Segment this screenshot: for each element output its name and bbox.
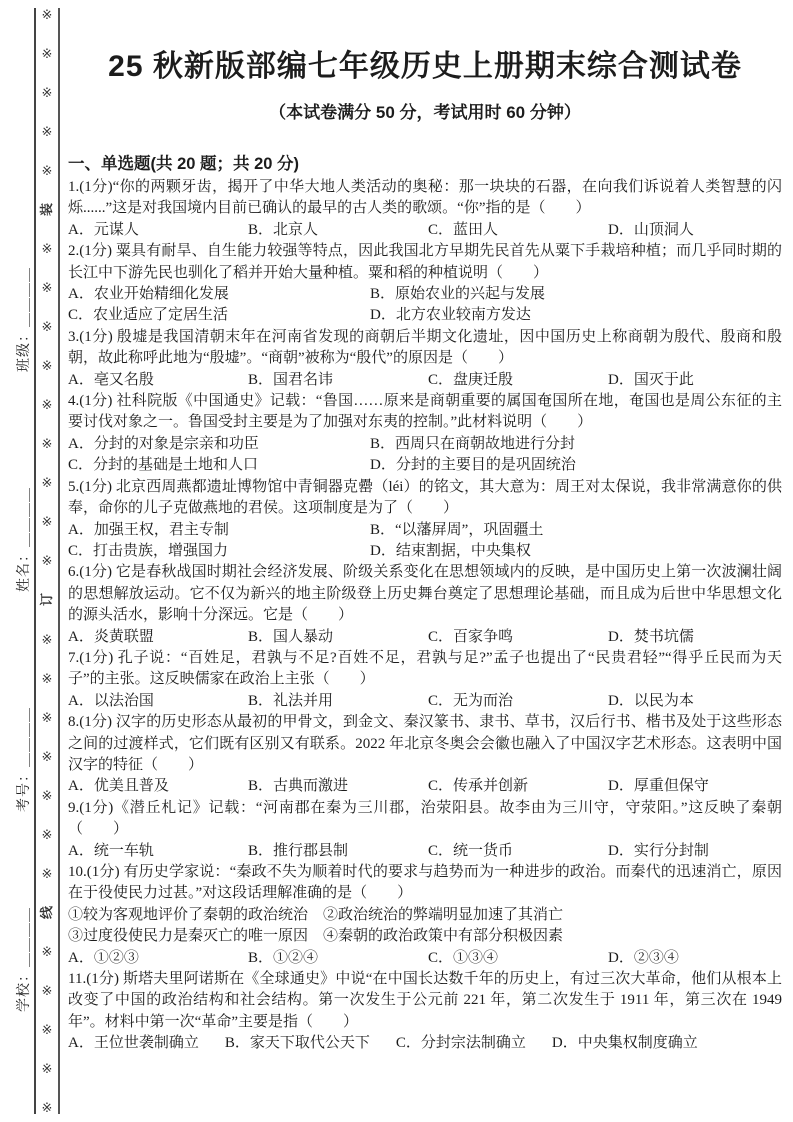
answer-option: A．王位世袭制确立 xyxy=(68,1033,199,1054)
answer-option: B．“以藩屏周”，巩固疆土 xyxy=(370,520,782,541)
exam-subtitle: （本试卷满分 50 分，考试用时 60 分钟） xyxy=(68,102,782,124)
answer-option: A．亳又名殷 xyxy=(68,370,248,391)
binding-line-char: 订 xyxy=(40,593,53,606)
binding-symbol: ※ xyxy=(42,86,53,99)
binding-symbol: ※ xyxy=(42,945,53,958)
options-row: A．农业开始精细化发展B．原始农业的兴起与发展C．农业适应了定居生活D．北方农业… xyxy=(68,284,782,327)
section-heading: 一、单选题(共 20 题；共 20 分) xyxy=(68,154,782,175)
options-row: A．王位世袭制确立B．家天下取代公天下C．分封宗法制确立D．中央集权制度确立 xyxy=(68,1033,782,1054)
answer-option: A．以法治国 xyxy=(68,691,248,712)
answer-option: A．元谋人 xyxy=(68,220,248,241)
answer-option: C．传承并创新 xyxy=(428,776,608,797)
answer-option: B．①②④ xyxy=(248,948,428,969)
binding-symbol: ※ xyxy=(42,8,53,21)
answer-option: B．西周只在商朝故地进行分封 xyxy=(370,434,782,455)
student-info-label: 学校：＿＿＿＿ xyxy=(13,907,33,1012)
binding-symbol: ※ xyxy=(42,984,53,997)
answer-option: C．无为而治 xyxy=(428,691,608,712)
question: 4.(1分) 社科院版《中国通史》记载：“鲁国……原来是商朝重要的属国奄国所在地… xyxy=(68,391,782,477)
answer-option: A．①②③ xyxy=(68,948,248,969)
question: 1.(1分)“你的两颗牙齿，揭开了中华大地人类活动的奥秘：那一块块的石器，在向我… xyxy=(68,177,782,241)
question-stem: 1.(1分)“你的两颗牙齿，揭开了中华大地人类活动的奥秘：那一块块的石器，在向我… xyxy=(68,177,782,220)
question: 10.(1分) 有历史学家说：“秦政不失为顺着时代的要求与趋势而为一种进步的政治… xyxy=(68,862,782,969)
options-row: A．元谋人B．北京人C．蓝田人D．山顶洞人 xyxy=(68,220,782,241)
answer-option: A．加强王权，君主专制 xyxy=(68,520,370,541)
binding-symbol: ※ xyxy=(42,515,53,528)
answer-option: D．北方农业较南方发达 xyxy=(370,305,782,326)
binding-symbol: ※ xyxy=(42,750,53,763)
answer-option: A．分封的对象是宗亲和功臣 xyxy=(68,434,370,455)
question-stem: 5.(1分) 北京西周燕都遗址博物馆中青铜器克罍（léi）的铭文，其大意为：周王… xyxy=(68,477,782,520)
binding-symbol: ※ xyxy=(42,789,53,802)
answer-option: B．推行郡县制 xyxy=(248,841,428,862)
binding-symbol: ※ xyxy=(42,633,53,646)
answer-option: B．北京人 xyxy=(248,220,428,241)
answer-option: B．礼法并用 xyxy=(248,691,428,712)
binding-symbol: ※ xyxy=(42,359,53,372)
question: 3.(1分) 殷墟是我国清朝末年在河南省发现的商朝后半期文化遗址，因中国历史上称… xyxy=(68,327,782,391)
question-stem: 7.(1分) 孔子说：“百姓足，君孰与不足?百姓不足，君孰与足?”孟子也提出了“… xyxy=(68,648,782,691)
binding-symbol: ※ xyxy=(42,554,53,567)
question-stem: 11.(1分) 斯塔夫里阿诺斯在《全球通史》中说“在中国长达数千年的历史上，有过… xyxy=(68,969,782,1033)
binding-symbol: ※ xyxy=(42,320,53,333)
answer-option: B．国人暴动 xyxy=(248,627,428,648)
answer-option: C．打击贵族，增强国力 xyxy=(68,541,370,562)
options-row: A．分封的对象是宗亲和功臣B．西周只在商朝故地进行分封C．分封的基础是土地和人口… xyxy=(68,434,782,477)
question: 6.(1分) 它是春秋战国时期社会经济发展、阶级关系变化在思想领域内的反映，是中… xyxy=(68,562,782,648)
question: 11.(1分) 斯塔夫里阿诺斯在《全球通史》中说“在中国长达数千年的历史上，有过… xyxy=(68,969,782,1055)
binding-symbol: ※ xyxy=(42,398,53,411)
binding-line-char: 装 xyxy=(40,203,53,216)
binding-symbol: ※ xyxy=(42,1062,53,1075)
answer-option: C．蓝田人 xyxy=(428,220,608,241)
binding-line-char: 线 xyxy=(40,906,53,919)
question-list: 1.(1分)“你的两颗牙齿，揭开了中华大地人类活动的奥秘：那一块块的石器，在向我… xyxy=(68,177,782,1055)
answer-option: D．中央集权制度确立 xyxy=(552,1033,698,1054)
options-row: A．①②③B．①②④C．①③④D．②③④ xyxy=(68,948,782,969)
options-row: A．加强王权，君主专制B．“以藩屏周”，巩固疆土C．打击贵族，增强国力D．结束割… xyxy=(68,520,782,563)
binding-symbol: ※ xyxy=(42,1023,53,1036)
question-stem: 6.(1分) 它是春秋战国时期社会经济发展、阶级关系变化在思想领域内的反映，是中… xyxy=(68,562,782,626)
options-row: A．亳又名殷B．国君名讳C．盘庚迁殷D．国灭于此 xyxy=(68,370,782,391)
answer-option: D．分封的主要目的是巩固统治 xyxy=(370,455,782,476)
answer-option: D．国灭于此 xyxy=(608,370,782,391)
binding-symbol: ※ xyxy=(42,437,53,450)
answer-option: D．结束割据，中央集权 xyxy=(370,541,782,562)
question: 9.(1分)《潜丘札记》记载：“河南郡在秦为三川郡，治荥阳县。故李由为三川守，守… xyxy=(68,798,782,862)
answer-option: A．优美且普及 xyxy=(68,776,248,797)
answer-option: D．②③④ xyxy=(608,948,782,969)
options-row: A．统一车轨B．推行郡县制C．统一货币D．实行分封制 xyxy=(68,841,782,862)
question-subline: ③过度役使民力是秦灭亡的唯一原因 ④秦朝的政治政策中有部分积极因素 xyxy=(68,926,782,947)
answer-option: B．原始农业的兴起与发展 xyxy=(370,284,782,305)
student-info-label: 班级：＿＿＿＿ xyxy=(13,267,33,372)
exam-paper-page: 班级：＿＿＿＿姓名：＿＿＿＿考号：＿＿＿＿学校：＿＿＿＿ ※※※※※装※※※※※… xyxy=(0,0,793,1122)
answer-option: C．分封的基础是土地和人口 xyxy=(68,455,370,476)
answer-option: C．盘庚迁殷 xyxy=(428,370,608,391)
student-info-margin: 班级：＿＿＿＿姓名：＿＿＿＿考号：＿＿＿＿学校：＿＿＿＿ xyxy=(0,0,34,1122)
student-info-label: 姓名：＿＿＿＿ xyxy=(13,487,33,592)
answer-option: C．统一货币 xyxy=(428,841,608,862)
main-content: 25 秋新版部编七年级历史上册期末综合测试卷 （本试卷满分 50 分，考试用时 … xyxy=(68,0,782,1055)
answer-option: C．①③④ xyxy=(428,948,608,969)
answer-option: B．国君名讳 xyxy=(248,370,428,391)
question: 8.(1分) 汉字的历史形态从最初的甲骨文，到金文、秦汉篆书、隶书、草书，汉后行… xyxy=(68,712,782,798)
binding-symbol: ※ xyxy=(42,281,53,294)
answer-option: B．家天下取代公天下 xyxy=(225,1033,370,1054)
answer-option: A．炎黄联盟 xyxy=(68,627,248,648)
binding-symbol: ※ xyxy=(42,164,53,177)
question-stem: 3.(1分) 殷墟是我国清朝末年在河南省发现的商朝后半期文化遗址，因中国历史上称… xyxy=(68,327,782,370)
answer-option: D．山顶洞人 xyxy=(608,220,782,241)
binding-symbol: ※ xyxy=(42,47,53,60)
binding-symbol: ※ xyxy=(42,867,53,880)
question: 5.(1分) 北京西周燕都遗址博物馆中青铜器克罍（léi）的铭文，其大意为：周王… xyxy=(68,477,782,563)
answer-option: D．以民为本 xyxy=(608,691,782,712)
options-row: A．炎黄联盟B．国人暴动C．百家争鸣D．焚书坑儒 xyxy=(68,627,782,648)
answer-option: B．古典而激进 xyxy=(248,776,428,797)
question-stem: 8.(1分) 汉字的历史形态从最初的甲骨文，到金文、秦汉篆书、隶书、草书，汉后行… xyxy=(68,712,782,776)
binding-symbol: ※ xyxy=(42,125,53,138)
answer-option: D．焚书坑儒 xyxy=(608,627,782,648)
answer-option: A．农业开始精细化发展 xyxy=(68,284,370,305)
options-row: A．以法治国B．礼法并用C．无为而治D．以民为本 xyxy=(68,691,782,712)
answer-option: A．统一车轨 xyxy=(68,841,248,862)
binding-symbol: ※ xyxy=(42,1101,53,1114)
question-subline: ①较为客观地评价了秦朝的政治统治 ②政治统治的弊端明显加速了其消亡 xyxy=(68,905,782,926)
question: 7.(1分) 孔子说：“百姓足，君孰与不足?百姓不足，君孰与足?”孟子也提出了“… xyxy=(68,648,782,712)
binding-symbol: ※ xyxy=(42,828,53,841)
binding-symbol: ※ xyxy=(42,242,53,255)
binding-symbol: ※ xyxy=(42,711,53,724)
answer-option: C．百家争鸣 xyxy=(428,627,608,648)
question-stem: 2.(1分) 粟具有耐旱、自生能力较强等特点，因此我国北方早期先民首先从粟下手栽… xyxy=(68,241,782,284)
answer-option: C．分封宗法制确立 xyxy=(396,1033,526,1054)
student-info-label: 考号：＿＿＿＿ xyxy=(13,707,33,812)
binding-symbol: ※ xyxy=(42,672,53,685)
options-row: A．优美且普及B．古典而激进C．传承并创新D．厚重但保守 xyxy=(68,776,782,797)
answer-option: D．实行分封制 xyxy=(608,841,782,862)
question-stem: 10.(1分) 有历史学家说：“秦政不失为顺着时代的要求与趋势而为一种进步的政治… xyxy=(68,862,782,905)
binding-symbol: ※ xyxy=(42,476,53,489)
question: 2.(1分) 粟具有耐旱、自生能力较强等特点，因此我国北方早期先民首先从粟下手栽… xyxy=(68,241,782,327)
binding-strip: ※※※※※装※※※※※※※※※订※※※※※※※线※※※※※ xyxy=(34,8,60,1114)
answer-option: D．厚重但保守 xyxy=(608,776,782,797)
answer-option: C．农业适应了定居生活 xyxy=(68,305,370,326)
question-stem: 4.(1分) 社科院版《中国通史》记载：“鲁国……原来是商朝重要的属国奄国所在地… xyxy=(68,391,782,434)
question-stem: 9.(1分)《潜丘札记》记载：“河南郡在秦为三川郡，治荥阳县。故李由为三川守，守… xyxy=(68,798,782,841)
page-title: 25 秋新版部编七年级历史上册期末综合测试卷 xyxy=(68,48,782,86)
